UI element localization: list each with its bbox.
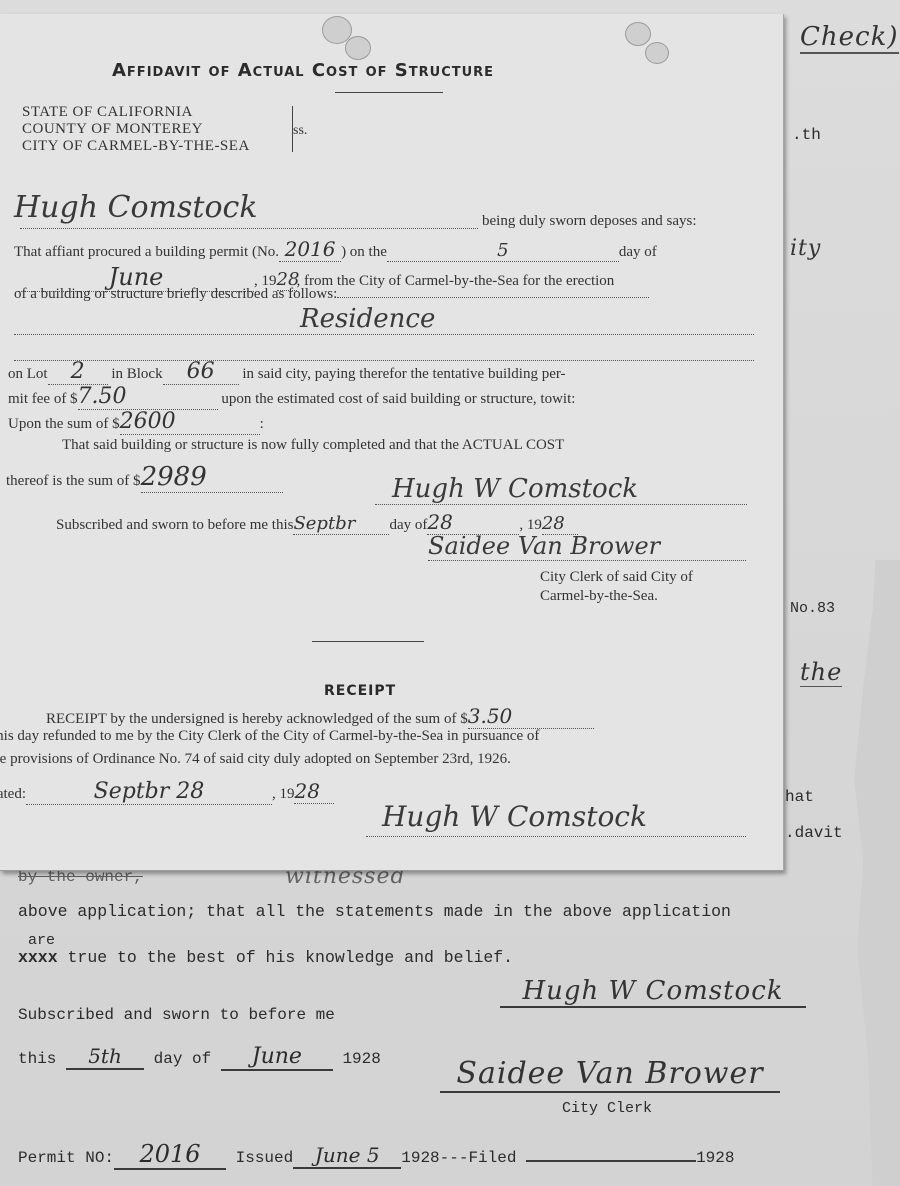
permit-line: That affiant procured a building permit …	[14, 237, 657, 262]
fee-handwritten: 7.50	[78, 384, 218, 410]
receipt-line-1-text: RECEIPT by the undersigned is hereby ack…	[46, 711, 468, 727]
permit-line-prefix: That affiant procured a building permit …	[14, 244, 279, 260]
venue-block: STATE OF CALIFORNIA COUNTY OF MONTEREY C…	[22, 104, 250, 155]
dated-label: Dated:	[0, 786, 26, 802]
subscribed-label: Subscribed and sworn to before me this	[56, 517, 293, 533]
statement-line-2-text: true to the best of his knowledge and be…	[68, 948, 514, 967]
clerk-signature: Saidee Van Brower	[440, 1056, 780, 1093]
title-rule	[335, 92, 443, 93]
document-number: No.83	[790, 600, 835, 617]
lot-label: on Lot	[8, 366, 48, 382]
receipt-signature: Hugh W Comstock	[382, 800, 647, 833]
margin-fragment-davit: .davit	[785, 824, 843, 842]
permit-label: Permit NO:	[18, 1149, 114, 1167]
affiant-signature: Hugh W Comstock	[392, 474, 638, 504]
statement-line-2: xxxx true to the best of his knowledge a…	[18, 948, 513, 967]
sworn-year: 1928	[342, 1050, 380, 1068]
actual-cost-line: thereof is the sum of $2989	[6, 462, 283, 493]
dated-year-handwritten: 28	[294, 779, 334, 804]
permit-number-value: 2016	[114, 1140, 226, 1170]
description-line-2	[14, 334, 754, 335]
completed-text: That said building or structure is now f…	[62, 437, 564, 454]
lot-number-handwritten: 2	[48, 359, 108, 385]
filed-date-blank	[526, 1144, 696, 1162]
receipt-line-3: the provisions of Ordinance No. 74 of sa…	[0, 751, 511, 768]
day-of-label: day of	[619, 244, 657, 260]
receipt-line-1: RECEIPT by the undersigned is hereby ack…	[46, 704, 594, 729]
affiant-signature-line	[375, 504, 747, 505]
clerk-title: City Clerk	[562, 1100, 652, 1117]
typed-strikeout: xxxx	[18, 948, 58, 967]
sworn-date-line: this 5th day of June 1928	[18, 1044, 381, 1071]
day-of-label: day of	[389, 517, 427, 533]
margin-fragment-city: ity	[790, 236, 821, 261]
block-label: in Block	[111, 366, 162, 382]
described-label: of a building or structure briefly descr…	[14, 286, 337, 302]
ss-label: ss.	[293, 123, 307, 139]
paying-text: in said city, paying therefor the tentat…	[242, 366, 565, 382]
dated-value-handwritten: Septbr 28	[26, 779, 272, 805]
actual-cost-label: thereof is the sum of $	[6, 473, 141, 489]
affidavit-form: Affidavit of Actual Cost of Structure ST…	[0, 14, 784, 871]
margin-fragment-th: .th	[792, 126, 821, 144]
upon-text: upon the estimated cost of said building…	[221, 391, 575, 407]
clerk-signature-line	[428, 560, 746, 561]
clerk-title-block: City Clerk of said City of Carmel-by-the…	[540, 568, 693, 606]
venue-state: STATE OF CALIFORNIA	[22, 104, 250, 121]
permit-day-handwritten: 5	[387, 240, 619, 262]
form-title: Affidavit of Actual Cost of Structure	[112, 60, 494, 81]
clerk-title-line-1: City Clerk of said City of	[540, 568, 693, 587]
permit-line-on-the: ) on the	[341, 244, 387, 260]
clerk-title-line-2: Carmel-by-the-Sea.	[540, 587, 693, 606]
receipt-line-2: this day refunded to me by the City Cler…	[0, 728, 539, 745]
margin-fragment-hat: hat	[785, 788, 814, 806]
applicant-signature: Hugh W Comstock	[500, 976, 806, 1008]
issued-label: Issued	[236, 1149, 294, 1167]
affiant-name-line	[20, 228, 478, 229]
clerk-signature: Saidee Van Brower	[428, 532, 660, 560]
margin-fragment-the: the	[800, 658, 842, 687]
issued-date-value: June 5	[293, 1143, 401, 1169]
sworn-statement-label: Subscribed and sworn to before me	[18, 1006, 335, 1024]
statement-line-1: above application; that all the statemen…	[18, 902, 731, 921]
estimated-sum-line: Upon the sum of $2600:	[8, 409, 264, 435]
year-prefix: , 19	[272, 786, 295, 802]
punch-hole	[625, 22, 651, 46]
sworn-day-value: 5th	[66, 1044, 144, 1070]
lot-block-line: on Lot2 in Block66 in said city, paying …	[8, 359, 566, 385]
filed-year: 1928	[696, 1149, 734, 1167]
description-line-1	[337, 297, 649, 298]
receipt-dated-line: Dated:Septbr 28, 1928	[0, 779, 334, 805]
described-text: of a building or structure briefly descr…	[14, 286, 649, 303]
day-of-label: day of	[154, 1050, 212, 1068]
receipt-heading: RECEIPT	[324, 683, 396, 699]
subscribed-month-handwritten: Septbr	[293, 513, 389, 535]
issued-year-filed-label: 1928---Filed	[401, 1149, 516, 1167]
estimated-sum-label: Upon the sum of $	[8, 416, 120, 432]
block-number-handwritten: 66	[163, 359, 239, 385]
deposes-text: being duly sworn deposes and says:	[482, 213, 697, 230]
torn-paper-edge	[839, 560, 900, 1186]
permit-number-handwritten: 2016	[279, 237, 341, 262]
inserted-word-are: are	[28, 932, 55, 949]
punch-hole	[345, 36, 371, 60]
description-handwritten: Residence	[300, 304, 435, 334]
actual-cost-handwritten: 2989	[141, 462, 283, 493]
estimated-sum-handwritten: 2600	[120, 409, 260, 435]
check-annotation: Check)	[800, 22, 899, 54]
affiant-name-handwritten: Hugh Comstock	[14, 190, 258, 225]
refund-amount-handwritten: 3.50	[468, 704, 594, 729]
receipt-signature-line	[366, 836, 746, 837]
year-prefix: , 19	[519, 517, 542, 533]
permit-footer: Permit NO:2016 IssuedJune 51928---Filed …	[18, 1140, 734, 1170]
this-label: this	[18, 1050, 56, 1068]
sworn-month-value: June	[221, 1044, 333, 1071]
fee-label: mit fee of $	[8, 391, 78, 407]
venue-county: COUNTY OF MONTEREY	[22, 121, 250, 138]
punch-hole	[645, 42, 669, 64]
section-divider	[312, 641, 424, 642]
fee-line: mit fee of $7.50 upon the estimated cost…	[8, 384, 575, 410]
venue-city: CITY OF CARMEL-BY-THE-SEA	[22, 138, 250, 155]
